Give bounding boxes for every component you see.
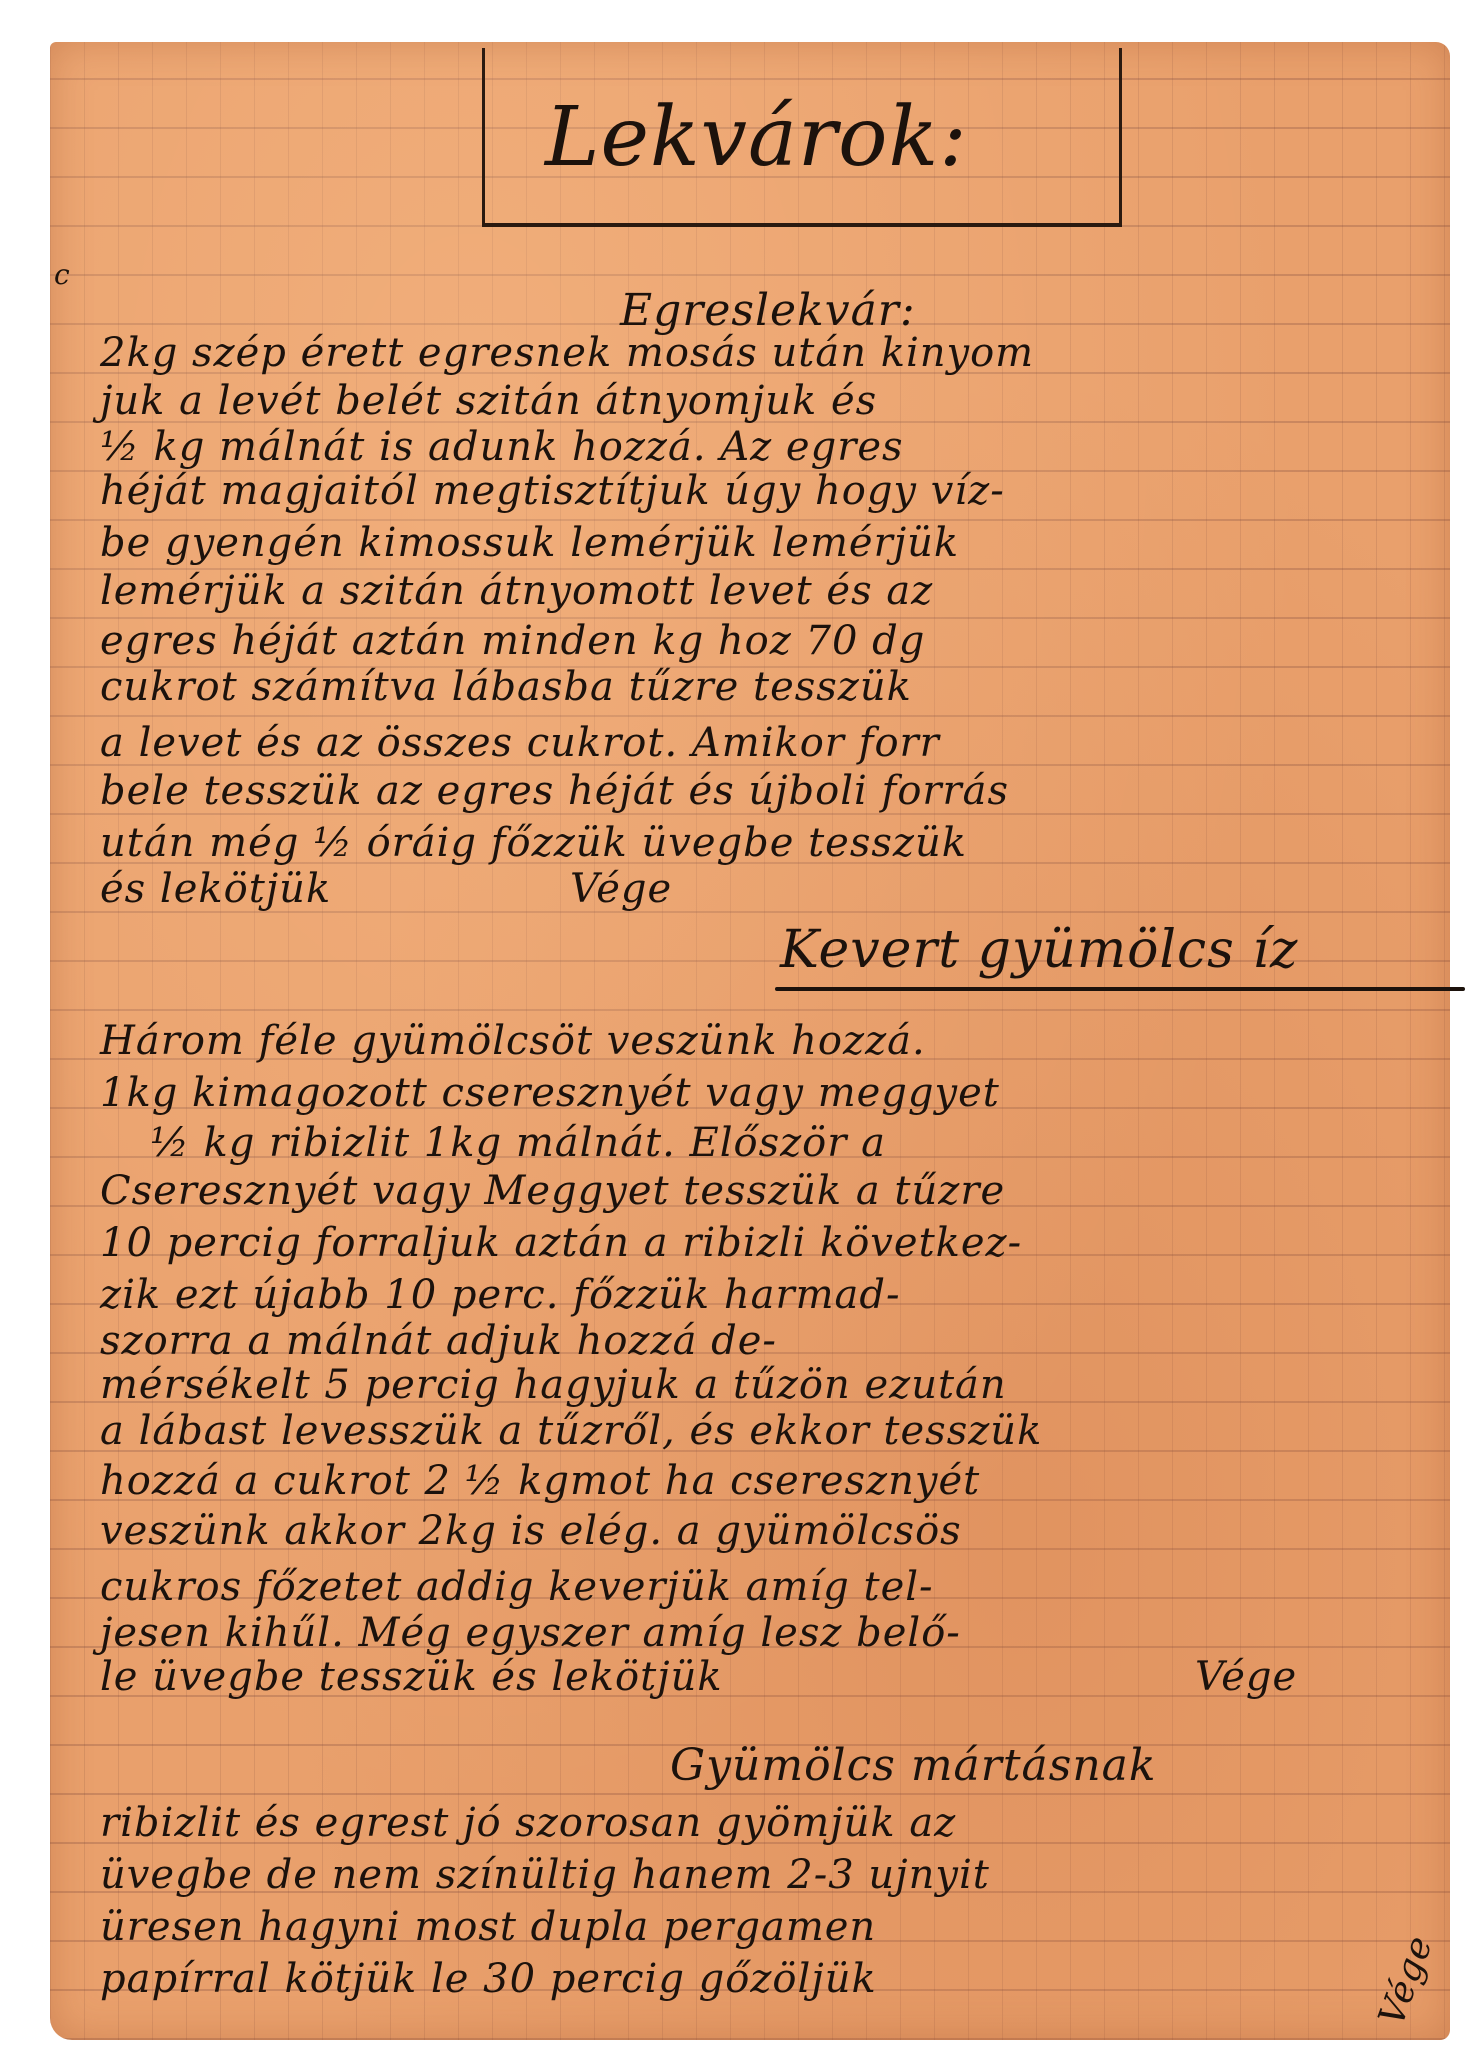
text-line: szorra a málnát adjuk hozzá de- xyxy=(100,1318,777,1364)
section-heading-egreslekvar: Egreslekvár: xyxy=(620,285,916,336)
text-line: zik ezt újabb 10 perc. főzzük harmad- xyxy=(100,1272,901,1318)
text-line: bele tesszük az egres héját és újboli fo… xyxy=(100,768,1009,814)
text-line: üvegbe de nem színültig hanem 2-3 ujnyit xyxy=(100,1852,990,1898)
section-heading-kevert-gyumolcs-iz: Kevert gyümölcs íz xyxy=(780,920,1298,980)
heading-underline xyxy=(775,987,1465,991)
text-line: veszünk akkor 2kg is elég. a gyümölcsös xyxy=(100,1508,962,1554)
text-line: 10 percig forraljuk aztán a ribizli köve… xyxy=(100,1220,1022,1266)
end-mark: Vége xyxy=(1195,1654,1297,1700)
text-line: ½ kg ribizlit 1kg málnát. Először a xyxy=(150,1120,886,1166)
text-line: cukros főzetet addig keverjük amíg tel- xyxy=(100,1564,934,1610)
text-line: a lábast levesszük a tűzről, és ekkor te… xyxy=(100,1408,1042,1454)
text-line: mérsékelt 5 percig hagyjuk a tűzön ezutá… xyxy=(100,1362,1007,1408)
text-line: jesen kihűl. Még egyszer amíg lesz belő- xyxy=(100,1610,961,1656)
text-line: cukrot számítva lábasba tűzre tesszük xyxy=(100,664,912,710)
text-line: ½ kg málnát is adunk hozzá. Az egres xyxy=(100,424,904,470)
text-line: 2kg szép érett egresnek mosás után kinyo… xyxy=(100,330,1034,376)
text-line: üresen hagyni most dupla pergamen xyxy=(100,1904,876,1950)
text-line: a levet és az összes cukrot. Amikor forr xyxy=(100,720,940,766)
text-line: Három féle gyümölcsöt veszünk hozzá. xyxy=(100,1018,926,1064)
text-line: Cseresznyét vagy Meggyet tesszük a tűzre xyxy=(100,1168,1005,1214)
section-heading-gyumolcs-martasnak: Gyümölcs mártásnak xyxy=(670,1740,1157,1791)
text-line: és lekötjük xyxy=(100,866,331,912)
end-mark: Vége xyxy=(570,866,672,912)
text-line: héját magjaitól megtisztítjuk úgy hogy v… xyxy=(100,468,1005,514)
text-line: juk a levét belét szitán átnyomjuk és xyxy=(100,378,877,424)
text-line: hozzá a cukrot 2 ½ kgmot ha cseresznyét xyxy=(100,1458,980,1504)
text-line: ribizlit és egrest jó szorosan gyömjük a… xyxy=(100,1800,956,1846)
text-line: után még ½ óráig főzzük üvegbe tesszük xyxy=(100,820,967,866)
text-line: egres héját aztán minden kg hoz 70 dg xyxy=(100,618,925,664)
text-line: be gyengén kimossuk lemérjük lemérjük xyxy=(100,520,959,566)
text-line: papírral kötjük le 30 percig gőzöljük xyxy=(100,1956,877,2002)
stray-mark: c xyxy=(54,258,71,291)
text-line: lemérjük a szitán átnyomott levet és az xyxy=(100,568,933,614)
text-line: le üvegbe tesszük és lekötjük xyxy=(100,1654,723,1700)
page-title: Lekvárok: xyxy=(545,90,968,185)
text-line: 1kg kimagozott cseresznyét vagy meggyet xyxy=(100,1070,1000,1116)
